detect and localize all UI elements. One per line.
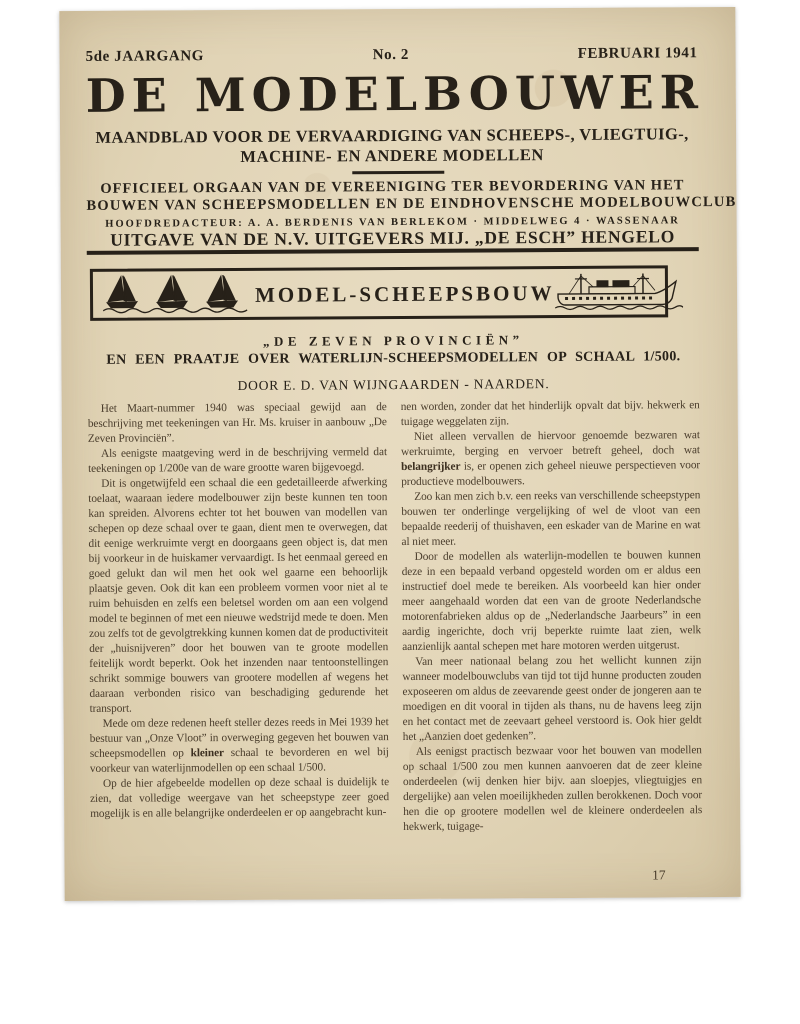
page-number: 17 — [652, 867, 666, 883]
article-title-line2: EN EEN PRAATJE OVER WATERLIJN-SCHEEPSMOD… — [87, 349, 699, 369]
article-paragraph: Zoo kan men zich b.v. een reeks van vers… — [401, 488, 700, 550]
article-paragraph: Mede om deze redenen heeft steller dezes… — [90, 715, 389, 777]
article-paragraph: Van meer nationaal belang zou het wellic… — [402, 653, 702, 745]
left-column: Het Maart-nummer 1940 was speciaal gewij… — [88, 400, 390, 898]
article-body: Het Maart-nummer 1940 was speciaal gewij… — [88, 398, 703, 898]
subtitle-divider-rule — [352, 171, 444, 174]
section-banner-title: MODEL-SCHEEPSBOUW — [255, 281, 555, 308]
sailboats-icon — [103, 273, 255, 316]
steamship-icon — [554, 270, 682, 313]
magazine-title: DE MODELBOUWER — [86, 65, 698, 123]
article-paragraph: nen worden, zonder dat het hinderlijk op… — [401, 398, 700, 430]
article-paragraph: Dit is ongetwijfeld een schaal die een g… — [88, 475, 388, 717]
article-paragraph: Door de modellen als waterlijn-modellen … — [402, 548, 702, 655]
article-title-line1: „DE ZEVEN PROVINCIËN” — [87, 331, 699, 351]
right-column: nen worden, zonder dat het hinderlijk op… — [401, 398, 703, 896]
issue-number: No. 2 — [373, 47, 409, 64]
organ-line2: BOUWEN VAN SCHEEPSMODELLEN EN DE EINDHOV… — [86, 194, 698, 215]
article-paragraph: Het Maart-nummer 1940 was speciaal gewij… — [88, 400, 387, 447]
issue-date: FEBRUARI 1941 — [578, 45, 698, 63]
article-paragraph: Niet alleen vervallen de hiervoor genoem… — [401, 428, 700, 490]
section-banner: MODEL-SCHEEPSBOUW — [90, 265, 668, 321]
article-paragraph: Als eenigst practisch bezwaar voor het b… — [403, 743, 703, 835]
paper-sheet: 5de JAARGANG No. 2 FEBRUARI 1941 DE MODE… — [59, 7, 740, 901]
article-byline: DOOR E. D. VAN WIJNGAARDEN - NAARDEN. — [88, 375, 700, 395]
article-paragraph: Op de hier afgebeelde modellen op deze s… — [90, 775, 389, 822]
volume-label: 5de JAARGANG — [86, 48, 205, 66]
issue-info-row: 5de JAARGANG No. 2 FEBRUARI 1941 — [86, 45, 698, 66]
scanned-magazine-page: 5de JAARGANG No. 2 FEBRUARI 1941 DE MODE… — [0, 0, 800, 1024]
article-paragraph: Als eenigste maatgeving werd in de besch… — [88, 445, 387, 477]
magazine-subtitle-line2: MACHINE- EN ANDERE MODELLEN — [86, 144, 698, 168]
